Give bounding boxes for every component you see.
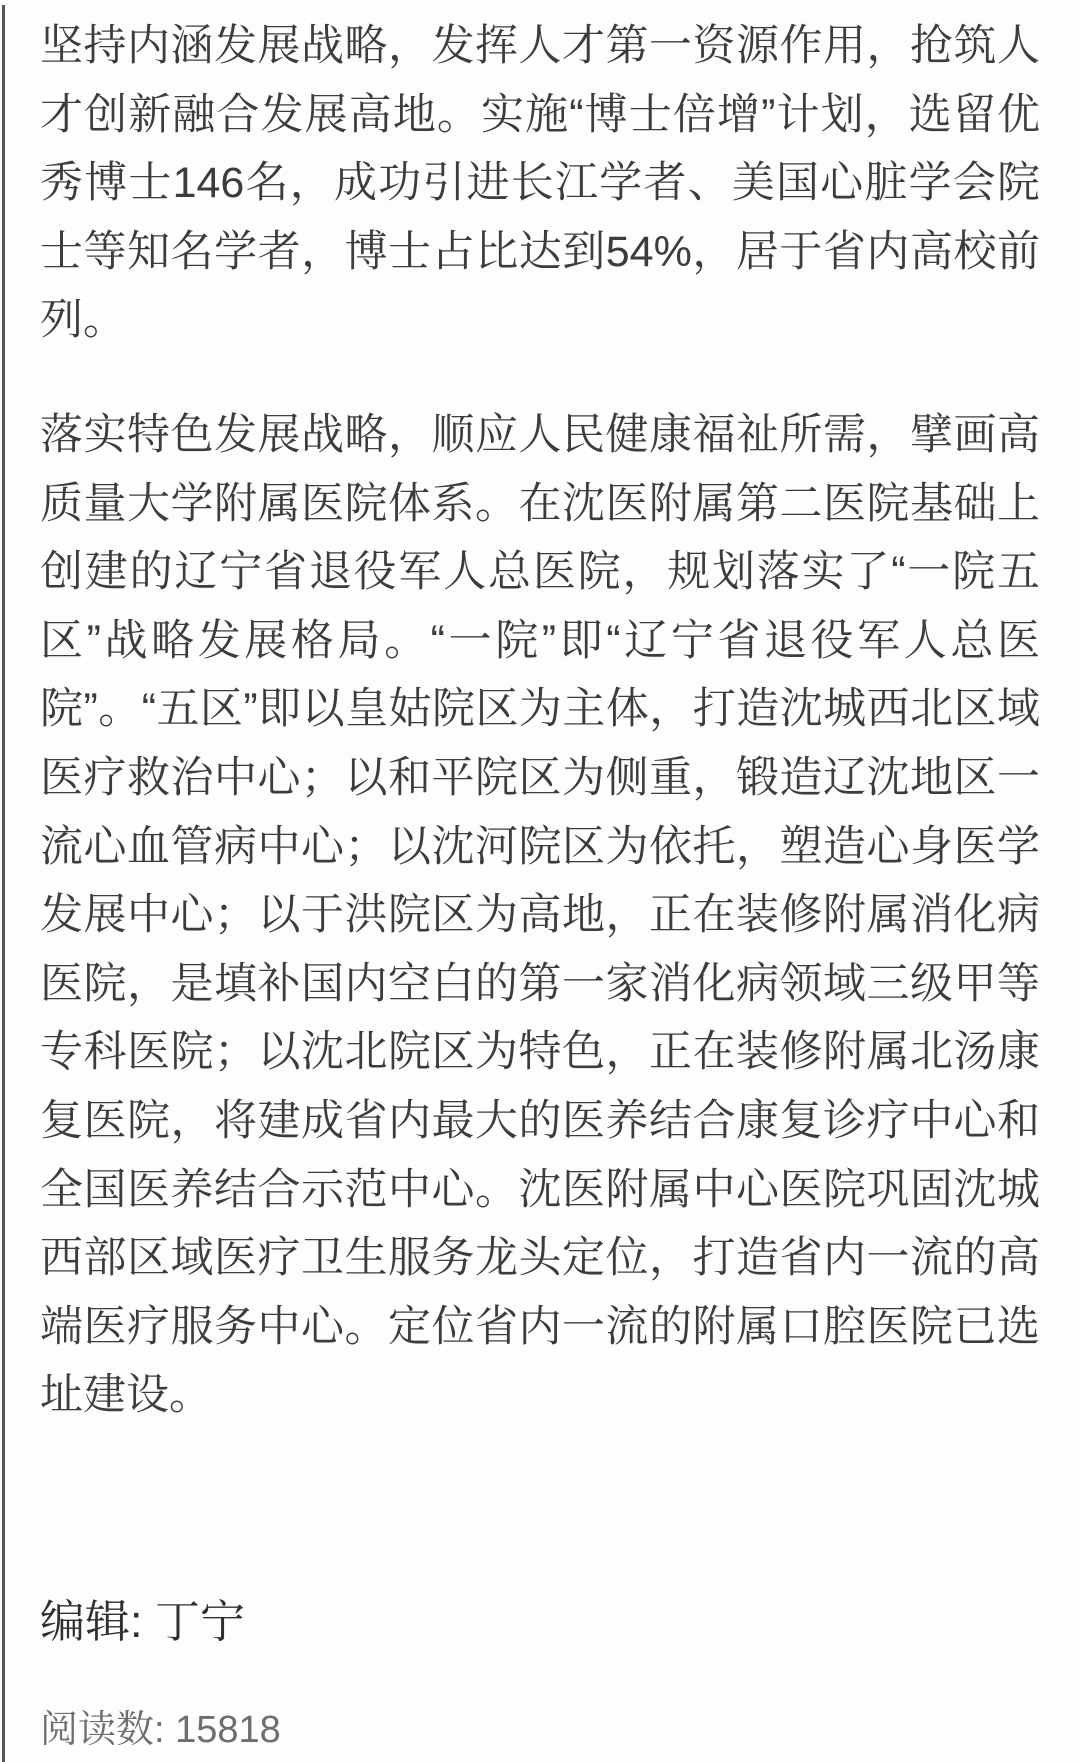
paragraph-line: 士等知名学者，博士占比达到54%，居于省内高校前 [40, 218, 1040, 287]
paragraph-hospital-system: 落实特色发展战略，顺应人民健康福祉所需，擘画高 质量大学附属医院体系。在沈医附属… [40, 401, 1040, 1430]
editor-credit: 编辑: 丁宁 [40, 1594, 1040, 1650]
paragraph-talent-strategy: 坚持内涵发展战略，发挥人才第一资源作用，抢筑人 才创新融合发展高地。实施“博士倍… [40, 12, 1040, 355]
paragraph-line: 西部区域医疗卫生服务龙头定位，打造省内一流的高 [40, 1224, 1040, 1293]
paragraph-line: 坚持内涵发展战略，发挥人才第一资源作用，抢筑人 [40, 12, 1040, 81]
article-body: 坚持内涵发展战略，发挥人才第一资源作用，抢筑人 才创新融合发展高地。实施“博士倍… [0, 0, 1080, 1754]
paragraph-line: 质量大学附属医院体系。在沈医附属第二医院基础上 [40, 470, 1040, 539]
article-page: 坚持内涵发展战略，发挥人才第一资源作用，抢筑人 才创新融合发展高地。实施“博士倍… [0, 0, 1080, 1762]
paragraph-line: 秀博士146名，成功引进长江学者、美国心脏学会院 [40, 149, 1040, 218]
paragraph-line: 端医疗服务中心。定位省内一流的附属口腔医院已选 [40, 1293, 1040, 1362]
paragraph-line: 流心血管病中心；以沈河院区为依托，塑造心身医学 [40, 813, 1040, 882]
paragraph-line: 医疗救治中心；以和平院区为侧重，锻造辽沈地区一 [40, 744, 1040, 813]
paragraph-line: 列。 [40, 286, 1040, 355]
paragraph-line: 院”。“五区”即以皇姑院区为主体，打造沈城西北区域 [40, 675, 1040, 744]
paragraph-line: 创建的辽宁省退役军人总医院，规划落实了“一院五 [40, 538, 1040, 607]
paragraph-line: 落实特色发展战略，顺应人民健康福祉所需，擘画高 [40, 401, 1040, 470]
paragraph-line: 复医院，将建成省内最大的医养结合康复诊疗中心和 [40, 1087, 1040, 1156]
paragraph-line: 全国医养结合示范中心。沈医附属中心医院巩固沈城 [40, 1156, 1040, 1225]
paragraph-line: 发展中心；以于洪院区为高地，正在装修附属消化病 [40, 881, 1040, 950]
paragraph-line: 专科医院；以沈北院区为特色，正在装修附属北汤康 [40, 1018, 1040, 1087]
page-left-border [2, 5, 5, 1762]
paragraph-line: 医院，是填补国内空白的第一家消化病领域三级甲等 [40, 950, 1040, 1019]
paragraph-line: 区”战略发展格局。“一院”即“辽宁省退役军人总医 [40, 607, 1040, 676]
read-count: 阅读数: 15818 [40, 1706, 1040, 1754]
paragraph-line: 址建设。 [40, 1361, 1040, 1430]
paragraph-line: 才创新融合发展高地。实施“博士倍增”计划，选留优 [40, 81, 1040, 150]
